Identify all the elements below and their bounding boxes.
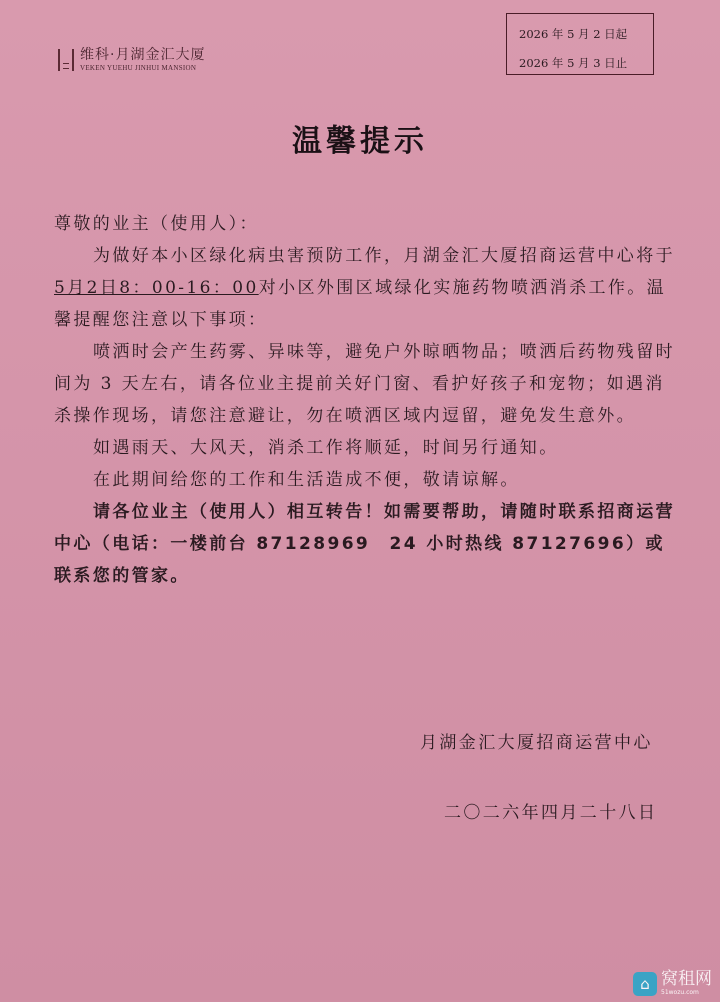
logo-cn: 维科·月湖金汇大厦 xyxy=(80,48,205,62)
signature-date: 二〇二六年四月二十八日 xyxy=(444,798,657,823)
watermark-cn: 窝租网 xyxy=(661,971,712,988)
paragraph-5-contact: 请各位业主（使用人）相互转告！如需要帮助，请随时联系招商运营中心（电话：一楼前台… xyxy=(54,496,684,592)
paragraph-4: 在此期间给您的工作和生活造成不便，敬请谅解。 xyxy=(54,464,684,496)
salutation: 尊敬的业主（使用人）： xyxy=(54,208,684,240)
date-start: 2026 年 5 月 2 日起 xyxy=(519,26,653,42)
watermark: ⌂ 窝租网 51wozu.com xyxy=(633,971,712,996)
date-end: 2026 年 5 月 3 日止 xyxy=(519,55,653,71)
paragraph-3: 如遇雨天、大风天，消杀工作将顺延，时间另行通知。 xyxy=(54,432,684,464)
watermark-en: 51wozu.com xyxy=(661,990,712,996)
spray-time: 5月2日8：00-16：00 xyxy=(54,278,259,298)
date-box: 2026 年 5 月 2 日起 2026 年 5 月 3 日止 xyxy=(506,13,654,75)
paragraph-2: 喷洒时会产生药雾、异味等，避免户外晾晒物品；喷洒后药物残留时间为 3 天左右，请… xyxy=(54,336,684,432)
signature-org: 月湖金汇大厦招商运营中心 xyxy=(420,728,653,753)
logo-mark-icon xyxy=(58,49,74,71)
paragraph-1: 为做好本小区绿化病虫害预防工作，月湖金汇大厦招商运营中心将于5月2日8：00-1… xyxy=(54,240,684,336)
logo-en: VEKEN YUEHU JINHUI MANSION xyxy=(80,65,205,72)
house-icon: ⌂ xyxy=(633,972,657,996)
notice-body: 尊敬的业主（使用人）： 为做好本小区绿化病虫害预防工作，月湖金汇大厦招商运营中心… xyxy=(54,208,684,592)
logo: 维科·月湖金汇大厦 VEKEN YUEHU JINHUI MANSION xyxy=(58,48,205,72)
notice-title: 温馨提示 xyxy=(0,116,720,160)
